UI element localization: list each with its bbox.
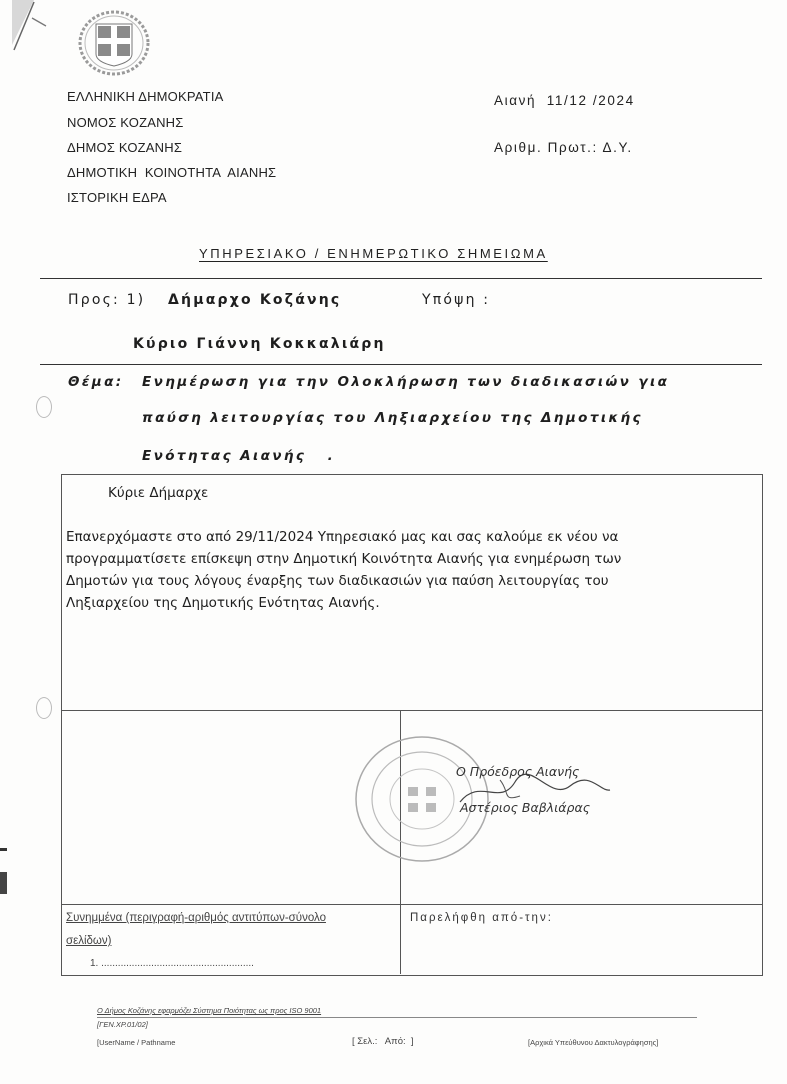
iso-note: Ο Δήμος Κοζάνης εφαρμόζει Σύστημα Ποιότη…: [97, 1006, 321, 1015]
to-name: Κύριο Γιάννη Κοκκαλιάρη: [133, 336, 386, 352]
subject-line: Ενημέρωση για την Ολοκλήρωση των διαδικα…: [142, 374, 669, 390]
protocol-number: Αριθμ. Πρωτ.: Δ.Υ.: [494, 140, 633, 155]
org-line: ΔΗΜΟΤΙΚΗ ΚΟΙΝΟΤΗΤΑ ΑΙΑΝΗΣ: [67, 165, 276, 180]
page-indicator: [ Σελ.: Από: ]: [352, 1036, 414, 1047]
to-label: Προς: 1): [68, 292, 145, 308]
to-recipient: Δήμαρχο Κοζάνης: [168, 292, 341, 308]
attachments-label: σελίδων): [66, 935, 112, 947]
cc-label: Υπόψη :: [422, 292, 490, 308]
org-line: ΝΟΜΟΣ ΚΟΖΑΝΗΣ: [67, 115, 184, 130]
form-code: [ΓΕΝ.ΧΡ.01/02]: [97, 1020, 148, 1029]
attachment-item: 1. .....................................…: [90, 958, 254, 969]
divider: [97, 1017, 697, 1018]
place-date: Αιανή 11/12 /2024: [494, 93, 635, 108]
username-path: [UserName / Pathname: [97, 1038, 175, 1047]
body-line: προγραμματίσετε επίσκεψη στην Δημοτική Κ…: [66, 548, 621, 570]
body-line: Ληξιαρχείου της Δημοτικής Ενότητας Αιανή…: [66, 592, 380, 614]
signatory-name: Αστέριος Βαβλιάρας: [460, 800, 590, 815]
divider: [40, 364, 762, 365]
divider: [40, 278, 762, 279]
org-line: ΕΛΛΗΝΙΚΗ ΔΗΜΟΚΡΑΤΙΑ: [67, 89, 224, 104]
divider: [61, 904, 762, 905]
org-line: ΙΣΤΟΡΙΚΗ ΕΔΡΑ: [67, 190, 167, 205]
body-line: Δημοτών για τους λόγους έναρξης των διαδ…: [66, 570, 609, 592]
document-title: ΥΠΗΡΕΣΙΑΚΟ / ΕΝΗΜΕΡΩΤΙΚΟ ΣΗΜΕΙΩΜΑ: [199, 246, 548, 261]
punch-hole-mark: [36, 697, 52, 719]
scan-corner-mark: [4, 0, 54, 60]
salutation: Κύριε Δήμαρχε: [108, 482, 208, 504]
body-line: Επανερχόμαστε στο από 29/11/2024 Υπηρεσι…: [66, 526, 618, 548]
scan-edge-mark: [0, 872, 7, 894]
typist-initials: [Αρχικά Υπεύθυνου Δακτυλογράφησης]: [528, 1038, 658, 1047]
divider: [61, 710, 762, 711]
org-line: ΔΗΜΟΣ ΚΟΖΑΝΗΣ: [67, 140, 182, 155]
subject-line: παύση λειτουργίας του Ληξιαρχείου της Δη…: [142, 410, 643, 426]
greek-coat-of-arms-icon: [76, 10, 152, 76]
scan-edge-mark: [0, 848, 7, 851]
attachments-label: Συνημμένα (περιγραφή-αριθμός αντιτύπων-σ…: [66, 912, 326, 924]
signatory-role: Ο Πρόεδρος Αιανής: [456, 764, 579, 779]
subject-line: Ενότητας Αιανής .: [142, 448, 335, 464]
received-by-label: Παρελήφθη από-την:: [410, 912, 553, 924]
subject-label: Θέμα:: [68, 374, 124, 390]
punch-hole-mark: [36, 396, 52, 418]
